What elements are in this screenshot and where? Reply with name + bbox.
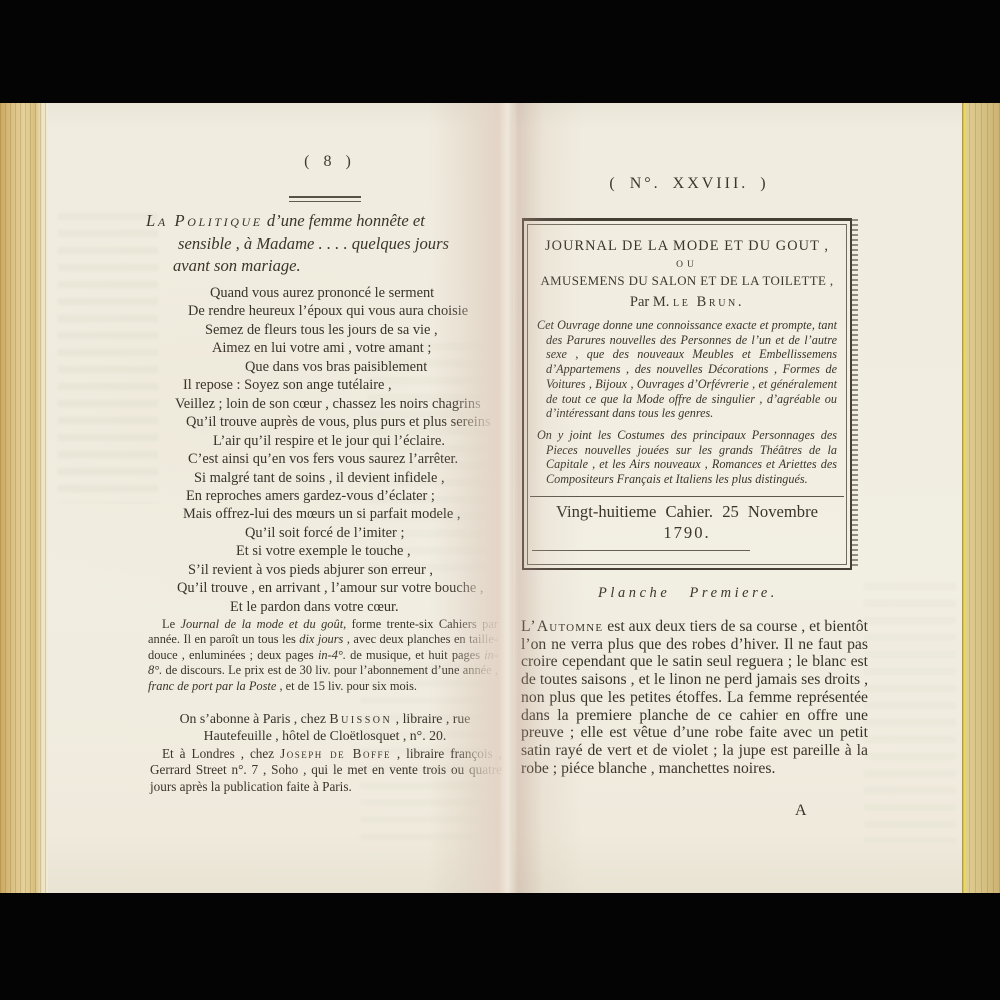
poem-line: Veillez ; loin de son cœur , chassez les…: [150, 395, 499, 413]
letterbox-top: [0, 0, 1000, 103]
article-title: La Politique d’une femme honnête et sens…: [146, 210, 498, 278]
poem-line: S’il revient à vos pieds abjurer son err…: [150, 561, 499, 579]
title-box-inner-border: [527, 224, 847, 565]
bookseller-name: Buisson: [329, 711, 392, 726]
book-photograph: ( 8 ) La Politique d’une femme honnête e…: [0, 0, 1000, 1000]
poem-line: L’air qu’il respire et le jour qui l’écl…: [150, 432, 499, 450]
article-title-line: sensible , à Madame . . . . quelques jou…: [146, 233, 498, 256]
poem-line: Il repose : Soyez son ange tutélaire ,: [150, 376, 499, 394]
poem-line: Si malgré tant de soins , il devient inf…: [150, 469, 499, 487]
poem-line: C’est ainsi qu’en vos fers vous saurez l…: [150, 450, 499, 468]
article-title-lead: La Politique: [146, 211, 263, 230]
poem-line: Semez de fleurs tous les jours de sa vie…: [150, 321, 499, 339]
page-number: ( 8 ): [150, 153, 510, 171]
article-body: L’Automne est aux deux tiers de sa cours…: [521, 618, 868, 777]
fore-edge-right: [962, 103, 1000, 893]
section-divider: [289, 196, 361, 202]
poem-line: Mais offrez-lui des mœurs un si parfait …: [150, 505, 499, 523]
signature-mark: A: [795, 802, 808, 820]
title-box: JOURNAL DE LA MODE ET DU GOUT , OU AMUSE…: [522, 218, 852, 570]
open-book: ( 8 ) La Politique d’une femme honnête e…: [0, 103, 1000, 893]
article-title-line: La Politique d’une femme honnête et: [146, 210, 498, 233]
poem-line: Quand vous aurez prononcé le serment: [150, 284, 499, 302]
london-address: Et à Londres , chez Joseph de Boffe , li…: [150, 746, 502, 795]
poem-line: Et si votre exemple le touche ,: [150, 542, 499, 560]
poem: Quand vous aurez prononcé le serment De …: [150, 284, 499, 620]
poem-line: Qu’il soit forcé de l’imiter ;: [150, 524, 499, 542]
poem-line: En reproches amers gardez-vous d’éclater…: [150, 487, 499, 505]
poem-line: Et le pardon dans votre cœur.: [150, 598, 499, 616]
poem-line: Qu’il trouve , en arrivant , l’amour sur…: [150, 579, 499, 597]
paris-address: On s’abonne à Paris , chez Buisson , lib…: [150, 710, 500, 744]
plate-heading: Planche Premiere.: [522, 585, 854, 602]
article-title-line: avant son mariage.: [146, 255, 498, 278]
fore-edge-left: [0, 103, 49, 893]
poem-line: Que dans vos bras paisiblement: [150, 358, 499, 376]
bookseller-name: Joseph de Boffe: [280, 746, 391, 761]
poem-line: Aimez en lui votre ami , votre amant ;: [150, 339, 499, 357]
article-body-lead: L’Automne: [521, 618, 603, 635]
subscription-notice: Le Journal de la mode et du goût, forme …: [148, 617, 498, 694]
issue-number-heading: ( N°. XXVIII. ): [524, 175, 854, 193]
poem-line: De rendre heureux l’époux qui vous aura …: [150, 302, 499, 320]
letterbox-bottom: [0, 893, 1000, 1000]
poem-line: Qu’il trouve auprès de vous, plus purs e…: [150, 413, 499, 431]
